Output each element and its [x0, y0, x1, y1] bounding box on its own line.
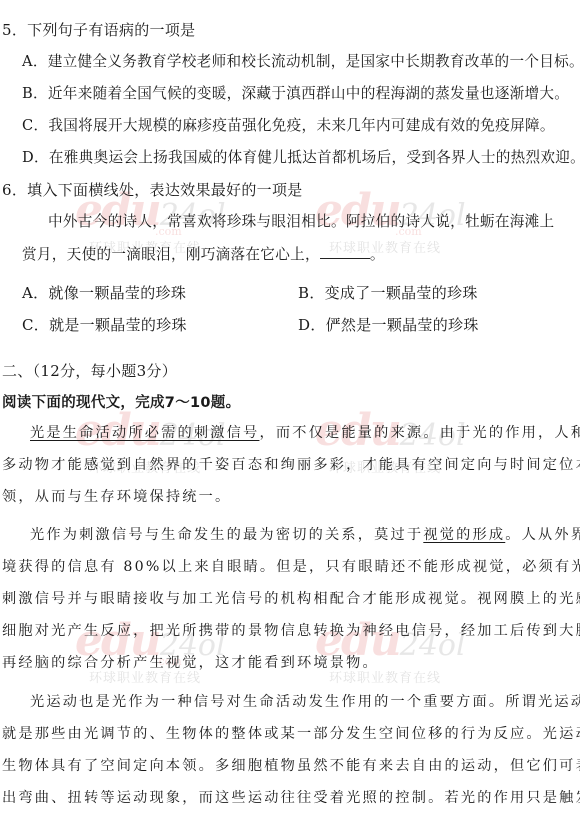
- question-5-option-b: B．近年来随着全国气候的变暖，深藏于滇西群山中的程海湖的蒸发量也逐渐增大。: [22, 84, 569, 104]
- question-6-option-c: C．就是一颗晶莹的珍珠: [22, 315, 187, 335]
- reading-instruction: 阅读下面的现代文，完成7～10题。: [2, 393, 240, 413]
- question-6-option-d: D．俨然是一颗晶莹的珍珠: [298, 315, 479, 335]
- question-5-stem: 5．下列句子有语病的一项是: [2, 20, 195, 40]
- question-5-option-c: C．我国将展开大规模的麻疹疫苗强化免疫，未来几年内可建成有效的免疫屏障。: [22, 116, 555, 136]
- passage-p3-line: 光运动也是光作为一种信号对生命活动发生作用的一个重要方面。所谓光运动，: [30, 692, 580, 712]
- passage-p2-line: 光作为刺激信号与生命发生的最为密切的关系，莫过于视觉的形成。人从外界环: [30, 525, 580, 545]
- passage-p2-line: 再经脑的综合分析产生视觉，这才能看到环境景物。: [2, 653, 379, 673]
- passage-p2-line: 细胞对光产生反应，把光所携带的景物信息转换为神经电信号，经加工后传到大脑，: [2, 621, 580, 641]
- question-6-option-a: A．就像一颗晶莹的珍珠: [22, 283, 186, 303]
- question-6-option-b: B．变成了一颗晶莹的珍珠: [298, 283, 478, 303]
- passage-p2-line: 刺激信号并与眼睛接收与加工光信号的机构相配合才能形成视觉。视网膜上的光感受: [2, 589, 580, 609]
- passage-p3-line: 就是那些由光调节的、生物体的整体或某一部分发生空间位移的行为反应。光运动使: [2, 724, 580, 744]
- section-header: 二、（12分，每小题3分）: [2, 361, 177, 381]
- underlined-phrase: 光是生命活动所必需的刺激信号: [30, 425, 259, 441]
- question-6-stem: 6．填入下面横线处，表达效果最好的一项是: [2, 180, 303, 200]
- exam-page: edu24ol .com 环球职业教育在线 edu24ol .com 环球职业教…: [0, 0, 580, 818]
- answer-blank: [320, 244, 370, 259]
- passage-p1-line: 多动物才能感觉到自然界的千姿百态和绚丽多彩，才能具有空间定向与时间定位本: [2, 455, 580, 475]
- question-5-option-a: A．建立健全义务教育学校老师和校长流动机制，是国家中长期教育改革的一个目标。: [22, 52, 580, 72]
- question-6-passage-line: 中外古今的诗人，常喜欢将珍珠与眼泪相比。阿拉伯的诗人说，牡蛎在海滩上: [48, 212, 554, 232]
- underlined-phrase: 视觉的形成: [423, 527, 505, 543]
- passage-p2-line: 境获得的信息有 80%以上来自眼睛。但是，只有眼睛还不能形成视觉，必须有光作为: [2, 557, 580, 577]
- question-5-option-d: D．在雅典奥运会上扬我国威的体育健儿抵达首都机场后，受到各界人士的热烈欢迎。: [22, 148, 580, 168]
- question-6-passage-line: 赏月，天使的一滴眼泪，刚巧滴落在它心上，。: [22, 244, 385, 265]
- passage-p3-line: 生物体具有了空间定向本领。多细胞植物虽然不能有来去自由的运动，但它们可表现: [2, 756, 580, 776]
- passage-p1-line: 领，从而与生存环境保持统一。: [2, 487, 231, 507]
- passage-p3-line: 出弯曲、扭转等运动现象，而这些运动往往受着光照的控制。若光的作用只是触发这: [2, 788, 580, 808]
- passage-p1-line: 光是生命活动所必需的刺激信号，而不仅是能量的来源。由于光的作用，人和许: [30, 423, 580, 443]
